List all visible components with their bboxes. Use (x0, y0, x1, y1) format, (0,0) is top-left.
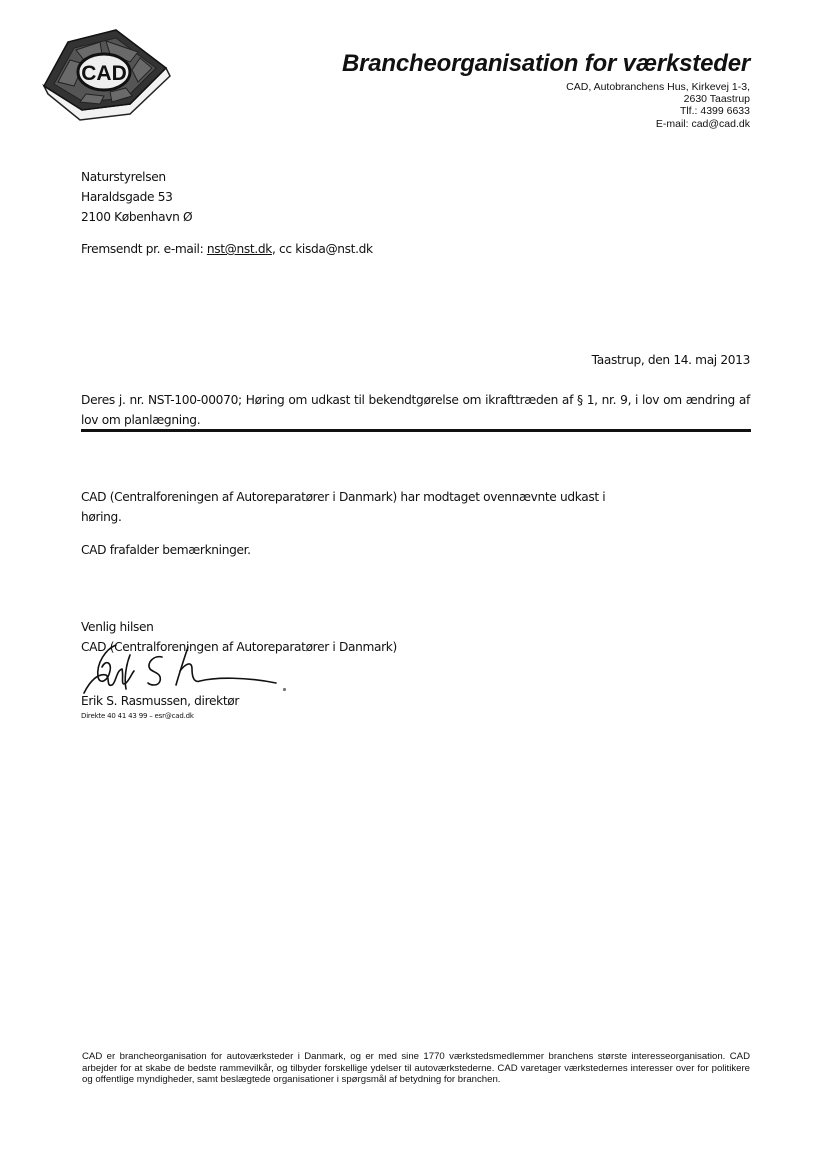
recipient-city: 2100 København Ø (81, 207, 192, 227)
footer-description: CAD er brancheorganisation for autoværks… (82, 1051, 750, 1086)
body-paragraph: CAD frafalder bemærkninger. (81, 543, 251, 557)
cad-logo-icon: CAD (34, 24, 174, 124)
organization-title: Brancheorganisation for værksteder (342, 50, 750, 78)
recipient-street: Haraldsgade 53 (81, 187, 192, 207)
email-link[interactable]: nst@nst.dk (207, 242, 272, 256)
body-paragraph: CAD (Centralforeningen af Autoreparatøre… (81, 487, 621, 527)
signer-name: Erik S. Rasmussen, direktør (81, 694, 239, 708)
greeting: Venlig hilsen (81, 617, 397, 637)
svg-text:CAD: CAD (81, 62, 127, 85)
recipient-address: Naturstyrelsen Haraldsgade 53 2100 Køben… (81, 167, 192, 227)
email-line: E-mail: cad@cad.dk (566, 118, 750, 130)
sent-prefix: Fremsendt pr. e-mail: (81, 242, 207, 256)
address-line: CAD, Autobranchens Hus, Kirkevej 1-3, (566, 81, 750, 93)
phone-line: Tlf.: 4399 6633 (566, 105, 750, 117)
handwritten-signature-icon (76, 641, 286, 701)
subject-line: Deres j. nr. NST-100-00070; Høring om ud… (81, 390, 750, 430)
scan-artifact (283, 688, 286, 691)
signer-contact: Direkte 40 41 43 99 – esr@cad.dk (81, 712, 194, 720)
sent-by-email-line: Fremsendt pr. e-mail: nst@nst.dk, cc kis… (81, 242, 373, 256)
subject-divider (81, 429, 751, 432)
organization-address: CAD, Autobranchens Hus, Kirkevej 1-3, 26… (566, 81, 750, 130)
cc-text: , cc kisda@nst.dk (272, 242, 373, 256)
recipient-name: Naturstyrelsen (81, 167, 192, 187)
address-line: 2630 Taastrup (566, 93, 750, 105)
letter-date: Taastrup, den 14. maj 2013 (592, 353, 750, 367)
